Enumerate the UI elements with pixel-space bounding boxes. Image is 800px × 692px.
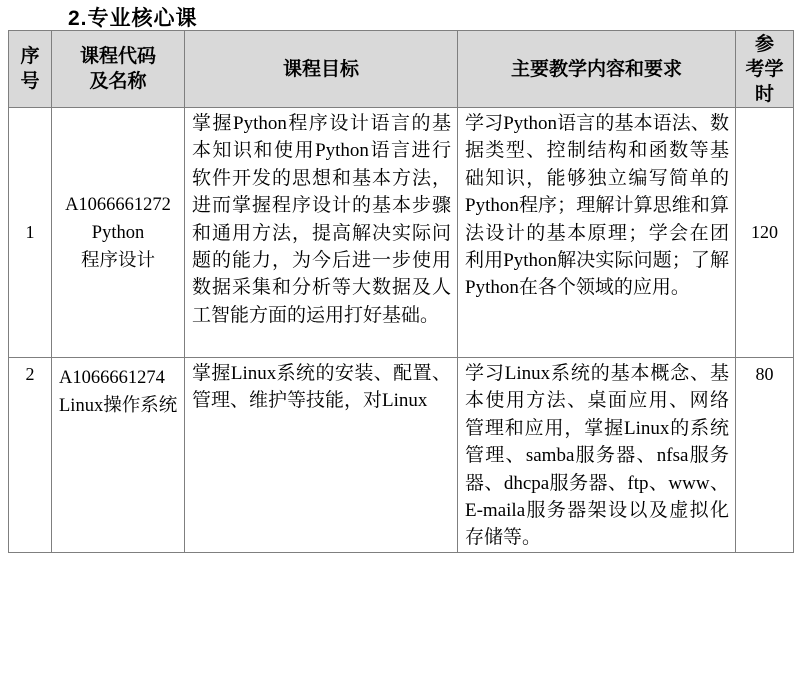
section-title: 2.专业核心课 bbox=[68, 2, 198, 32]
header-row: 序 号 课程代码 及名称 课程目标 主要教学内容和要求 参 考学 时 bbox=[9, 31, 794, 108]
table-row: 2 A1066661274 Linux操作系统 掌握Linux系统的安装、配置、… bbox=[9, 358, 794, 553]
table-row: 1 A1066661272 Python 程序设计 掌握Python程序设计语言… bbox=[9, 108, 794, 358]
course-hours-cell: 80 bbox=[736, 358, 794, 553]
course-code-name-cell: A1066661272 Python 程序设计 bbox=[52, 108, 185, 358]
course-code-name-cell: A1066661274 Linux操作系统 bbox=[52, 358, 185, 553]
header-code-name: 课程代码 及名称 bbox=[52, 31, 185, 108]
row-index-cell: 2 bbox=[9, 358, 52, 553]
header-content: 主要教学内容和要求 bbox=[458, 31, 736, 108]
course-objectives-cell: 掌握Python程序设计语言的基本知识和使用Python语言进行软件开发的思想和… bbox=[185, 108, 458, 358]
course-table: 序 号 课程代码 及名称 课程目标 主要教学内容和要求 参 考学 时 1 A10… bbox=[8, 30, 794, 553]
course-hours-cell: 120 bbox=[736, 108, 794, 358]
header-index: 序 号 bbox=[9, 31, 52, 108]
course-content-cell: 学习Python语言的基本语法、数据类型、控制结构和函数等基础知识，能够独立编写… bbox=[458, 108, 736, 358]
header-objectives: 课程目标 bbox=[185, 31, 458, 108]
table-header: 序 号 课程代码 及名称 课程目标 主要教学内容和要求 参 考学 时 bbox=[9, 31, 794, 108]
header-hours: 参 考学 时 bbox=[736, 31, 794, 108]
course-content-cell: 学习Linux系统的基本概念、基本使用方法、桌面应用、网络管理和应用，掌握Lin… bbox=[458, 358, 736, 553]
row-index-cell: 1 bbox=[9, 108, 52, 358]
course-objectives-cell: 掌握Linux系统的安装、配置、管理、维护等技能，对Linux bbox=[185, 358, 458, 553]
